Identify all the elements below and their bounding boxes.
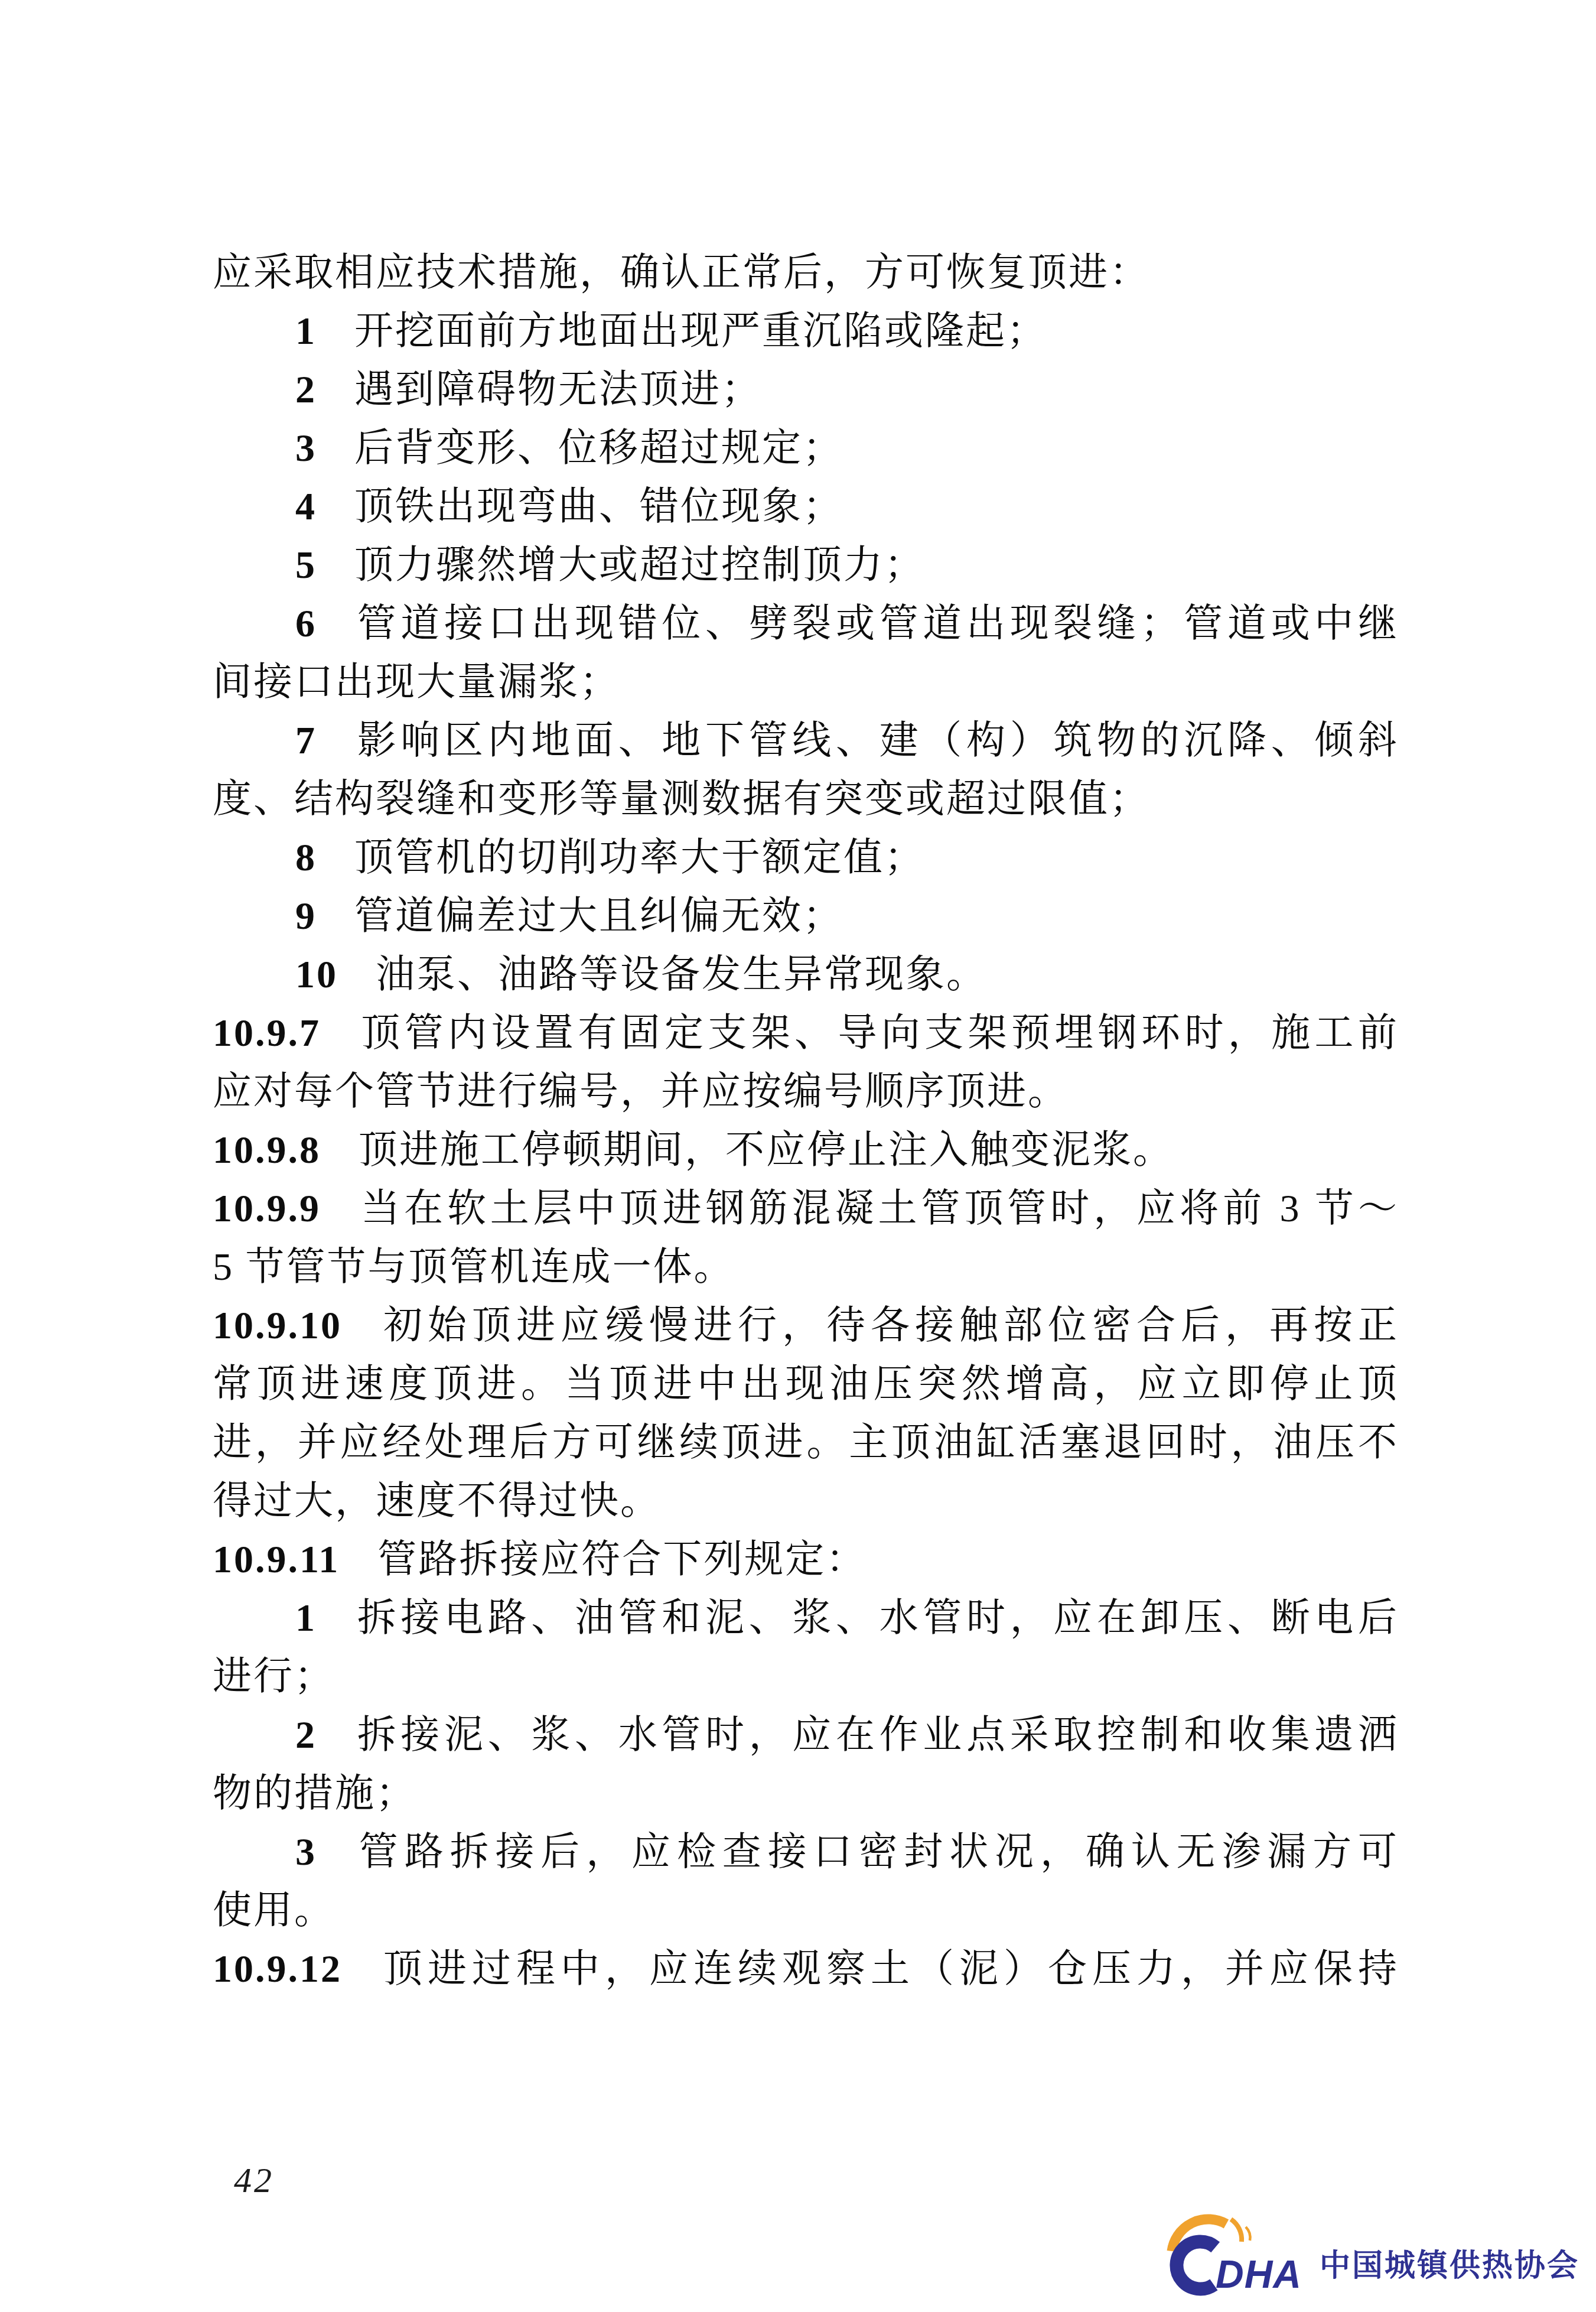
- text-line: 常顶进速度顶进。当顶进中出现油压突然增高，应立即停止顶: [213, 1355, 1399, 1413]
- line-text: 管道偏差过大且纠偏无效；: [354, 895, 843, 938]
- cdha-logo: DHA 中国城镇供热协会: [1165, 2211, 1579, 2306]
- item-number: 3: [295, 1830, 317, 1874]
- item-number: 8: [295, 836, 317, 879]
- text-line: 应采取相应技术措施，确认正常后，方可恢复顶进：: [213, 243, 1399, 302]
- line-text: 管路拆接后，应检查接口密封状况，确认无渗漏方可: [354, 1830, 1399, 1874]
- line-text: 应采取相应技术措施，确认正常后，方可恢复顶进：: [213, 251, 1150, 294]
- line-text: 后背变形、位移超过规定；: [354, 427, 843, 470]
- cdha-logo-icon: DHA: [1165, 2211, 1307, 2306]
- text-line-numbered: 8顶管机的切削功率大于额定值；: [213, 828, 1399, 887]
- text-line-numbered: 7影响区内地面、地下管线、建（构）筑物的沉降、倾斜: [213, 711, 1399, 770]
- item-number: 10: [295, 953, 338, 996]
- text-line: 使用。: [213, 1881, 1399, 1940]
- text-line-numbered: 10.9.11管路拆接应符合下列规定：: [213, 1530, 1399, 1589]
- text-line-numbered: 2遇到障碍物无法顶进；: [213, 360, 1399, 419]
- text-line: 度、结构裂缝和变形等量测数据有突变或超过限值；: [213, 770, 1399, 828]
- item-number: 7: [295, 719, 317, 762]
- flame-arc-small-icon: [1231, 2219, 1242, 2242]
- item-number: 2: [295, 1713, 317, 1757]
- text-line-numbered: 1拆接电路、油管和泥、浆、水管时，应在卸压、断电后: [213, 1589, 1399, 1647]
- text-line: 5 节管节与顶管机连成一体。: [213, 1238, 1399, 1296]
- text-line-numbered: 10.9.8顶进施工停顿期间，不应停止注入触变泥浆。: [213, 1121, 1399, 1179]
- line-text: 5 节管节与顶管机连成一体。: [213, 1246, 735, 1289]
- line-text: 顶管内设置有固定支架、导向支架预埋钢环时，施工前: [359, 1012, 1399, 1055]
- text-line: 间接口出现大量漏浆；: [213, 653, 1399, 711]
- line-text: 初始顶进应缓慢进行，待各接触部位密合后，再按正: [380, 1304, 1399, 1347]
- line-text: 拆接电路、油管和泥、浆、水管时，应在卸压、断电后: [354, 1596, 1399, 1640]
- line-text: 管路拆接应符合下列规定：: [377, 1538, 867, 1581]
- text-line-numbered: 2拆接泥、浆、水管时，应在作业点采取控制和收集遗洒: [213, 1706, 1399, 1764]
- item-number: 6: [295, 602, 317, 645]
- text-line-numbered: 1开挖面前方地面出现严重沉陷或隆起；: [213, 302, 1399, 360]
- line-text: 度、结构裂缝和变形等量测数据有突变或超过限值；: [213, 778, 1150, 821]
- item-number: 1: [295, 1596, 317, 1640]
- text-line-numbered: 4顶铁出现弯曲、错位现象；: [213, 477, 1399, 536]
- line-text: 间接口出现大量漏浆；: [213, 661, 620, 704]
- text-line-numbered: 10.9.9当在软土层中顶进钢筋混凝土管顶管时，应将前 3 节～: [213, 1179, 1399, 1238]
- line-text: 油泵、油路等设备发生异常现象。: [376, 953, 987, 996]
- item-number: 2: [295, 368, 317, 411]
- text-line-numbered: 3后背变形、位移超过规定；: [213, 419, 1399, 477]
- body-text: 应采取相应技术措施，确认正常后，方可恢复顶进：1开挖面前方地面出现严重沉陷或隆起…: [213, 243, 1399, 1998]
- page-number: 42: [234, 2160, 274, 2201]
- text-line-numbered: 5顶力骤然增大或超过控制顶力；: [213, 536, 1399, 594]
- text-line: 进行；: [213, 1647, 1399, 1706]
- item-number: 10.9.10: [213, 1304, 342, 1347]
- item-number: 1: [295, 310, 317, 353]
- line-text: 应对每个管节进行编号，并应按编号顺序顶进。: [213, 1070, 1069, 1113]
- item-number: 10.9.11: [213, 1538, 340, 1581]
- line-text: 常顶进速度顶进。当顶进中出现油压突然增高，应立即停止顶: [213, 1363, 1399, 1406]
- text-line-numbered: 3管路拆接后，应检查接口密封状况，确认无渗漏方可: [213, 1823, 1399, 1881]
- item-number: 5: [295, 544, 317, 587]
- line-text: 顶铁出现弯曲、错位现象；: [354, 485, 843, 528]
- line-text: 进，并应经处理后方可继续顶进。主顶油缸活塞退回时，油压不: [213, 1421, 1399, 1464]
- text-line-numbered: 10.9.10初始顶进应缓慢进行，待各接触部位密合后，再按正: [213, 1296, 1399, 1355]
- item-number: 10.9.12: [213, 1947, 342, 1991]
- text-line: 物的措施；: [213, 1764, 1399, 1823]
- text-line: 得过大，速度不得过快。: [213, 1472, 1399, 1530]
- text-line: 应对每个管节进行编号，并应按编号顺序顶进。: [213, 1062, 1399, 1121]
- line-text: 拆接泥、浆、水管时，应在作业点采取控制和收集遗洒: [354, 1713, 1399, 1757]
- c-swoosh-icon: [1177, 2242, 1216, 2289]
- line-text: 当在软土层中顶进钢筋混凝土管顶管时，应将前 3 节～: [359, 1187, 1399, 1230]
- item-number: 9: [295, 895, 317, 938]
- line-text: 使用。: [213, 1889, 335, 1932]
- document-page: 应采取相应技术措施，确认正常后，方可恢复顶进：1开挖面前方地面出现严重沉陷或隆起…: [0, 0, 1596, 2312]
- text-line-numbered: 10.9.12顶进过程中，应连续观察土（泥）仓压力，并应保持: [213, 1940, 1399, 1998]
- item-number: 10.9.9: [213, 1187, 321, 1230]
- text-line: 进，并应经处理后方可继续顶进。主顶油缸活塞退回时，油压不: [213, 1413, 1399, 1472]
- line-text: 顶管机的切削功率大于额定值；: [354, 836, 925, 879]
- line-text: 得过大，速度不得过快。: [213, 1479, 661, 1523]
- line-text: 顶进施工停顿期间，不应停止注入触变泥浆。: [359, 1129, 1174, 1172]
- item-number: 4: [295, 485, 317, 528]
- logo-org-name: 中国城镇供热协会: [1320, 2241, 1579, 2285]
- line-text: 顶力骤然增大或超过控制顶力；: [354, 544, 925, 587]
- logo-acronym: DHA: [1216, 2252, 1302, 2296]
- flame-arc-tiny-icon: [1246, 2227, 1250, 2241]
- line-text: 遇到障碍物无法顶进；: [354, 368, 762, 411]
- text-line-numbered: 6管道接口出现错位、劈裂或管道出现裂缝；管道或中继: [213, 594, 1399, 653]
- item-number: 10.9.8: [213, 1129, 321, 1172]
- line-text: 顶进过程中，应连续观察土（泥）仓压力，并应保持: [380, 1947, 1399, 1991]
- line-text: 进行；: [213, 1655, 335, 1698]
- text-line-numbered: 9管道偏差过大且纠偏无效；: [213, 887, 1399, 945]
- item-number: 3: [295, 427, 317, 470]
- text-line-numbered: 10油泵、油路等设备发生异常现象。: [213, 945, 1399, 1004]
- line-text: 物的措施；: [213, 1772, 416, 1815]
- line-text: 开挖面前方地面出现严重沉陷或隆起；: [354, 310, 1047, 353]
- item-number: 10.9.7: [213, 1012, 321, 1055]
- line-text: 管道接口出现错位、劈裂或管道出现裂缝；管道或中继: [354, 602, 1399, 645]
- text-line-numbered: 10.9.7顶管内设置有固定支架、导向支架预埋钢环时，施工前: [213, 1004, 1399, 1062]
- line-text: 影响区内地面、地下管线、建（构）筑物的沉降、倾斜: [354, 719, 1399, 762]
